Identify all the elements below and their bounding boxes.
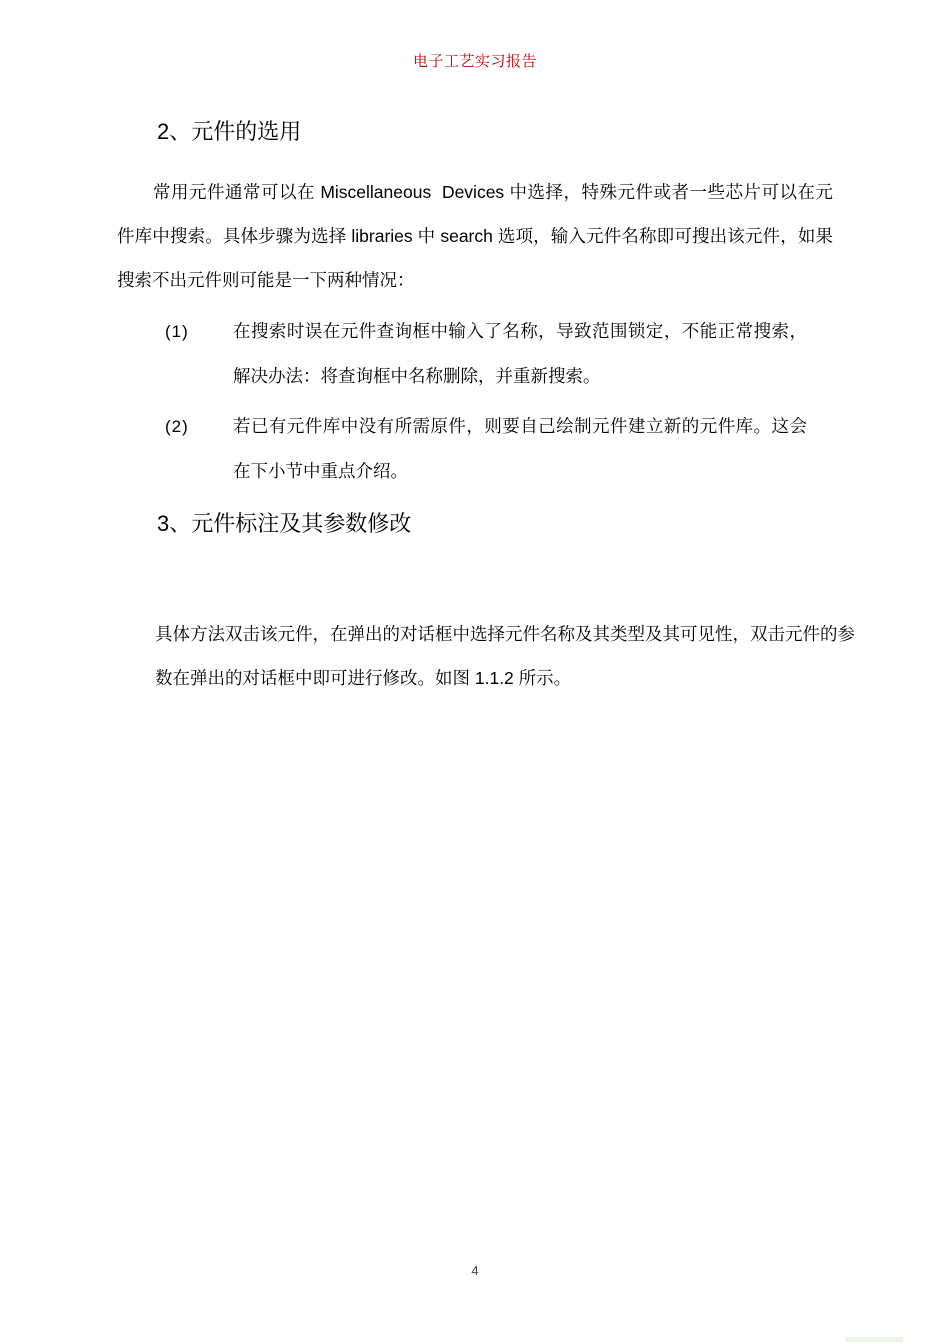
document-page: 电子工艺实习报告 2、元件的选用 常用元件通常可以在 Miscellaneous…: [0, 0, 950, 1344]
section-heading-3: 3、元件标注及其参数修改: [157, 507, 411, 540]
page-number: 4: [0, 1262, 950, 1280]
list-item: (1) 在搜索时误在元件查询框中输入了名称，导致范围锁定，不能正常搜索，解决办法…: [165, 309, 810, 399]
section-heading-2: 2、元件的选用: [157, 115, 301, 148]
watermark-artifact: [845, 1337, 903, 1342]
list-item-number: (2): [165, 404, 233, 449]
list-item-number: (1): [165, 309, 233, 354]
paragraph-component-selection: 常用元件通常可以在 Miscellaneous Devices 中选择，特殊元件…: [117, 170, 833, 302]
paragraph-parameter-edit: 具体方法双击该元件，在弹出的对话框中选择元件名称及其类型及其可见性，双击元件的参…: [155, 612, 855, 700]
page-header-title: 电子工艺实习报告: [0, 51, 950, 73]
list-item-text: 若已有元件库中没有所需原件，则要自己绘制元件建立新的元件库。这会在下小节中重点介…: [233, 404, 807, 494]
list-item-text: 在搜索时误在元件查询框中输入了名称，导致范围锁定，不能正常搜索，解决办法：将查询…: [233, 309, 807, 399]
list-item: (2) 若已有元件库中没有所需原件，则要自己绘制元件建立新的元件库。这会在下小节…: [165, 404, 810, 494]
